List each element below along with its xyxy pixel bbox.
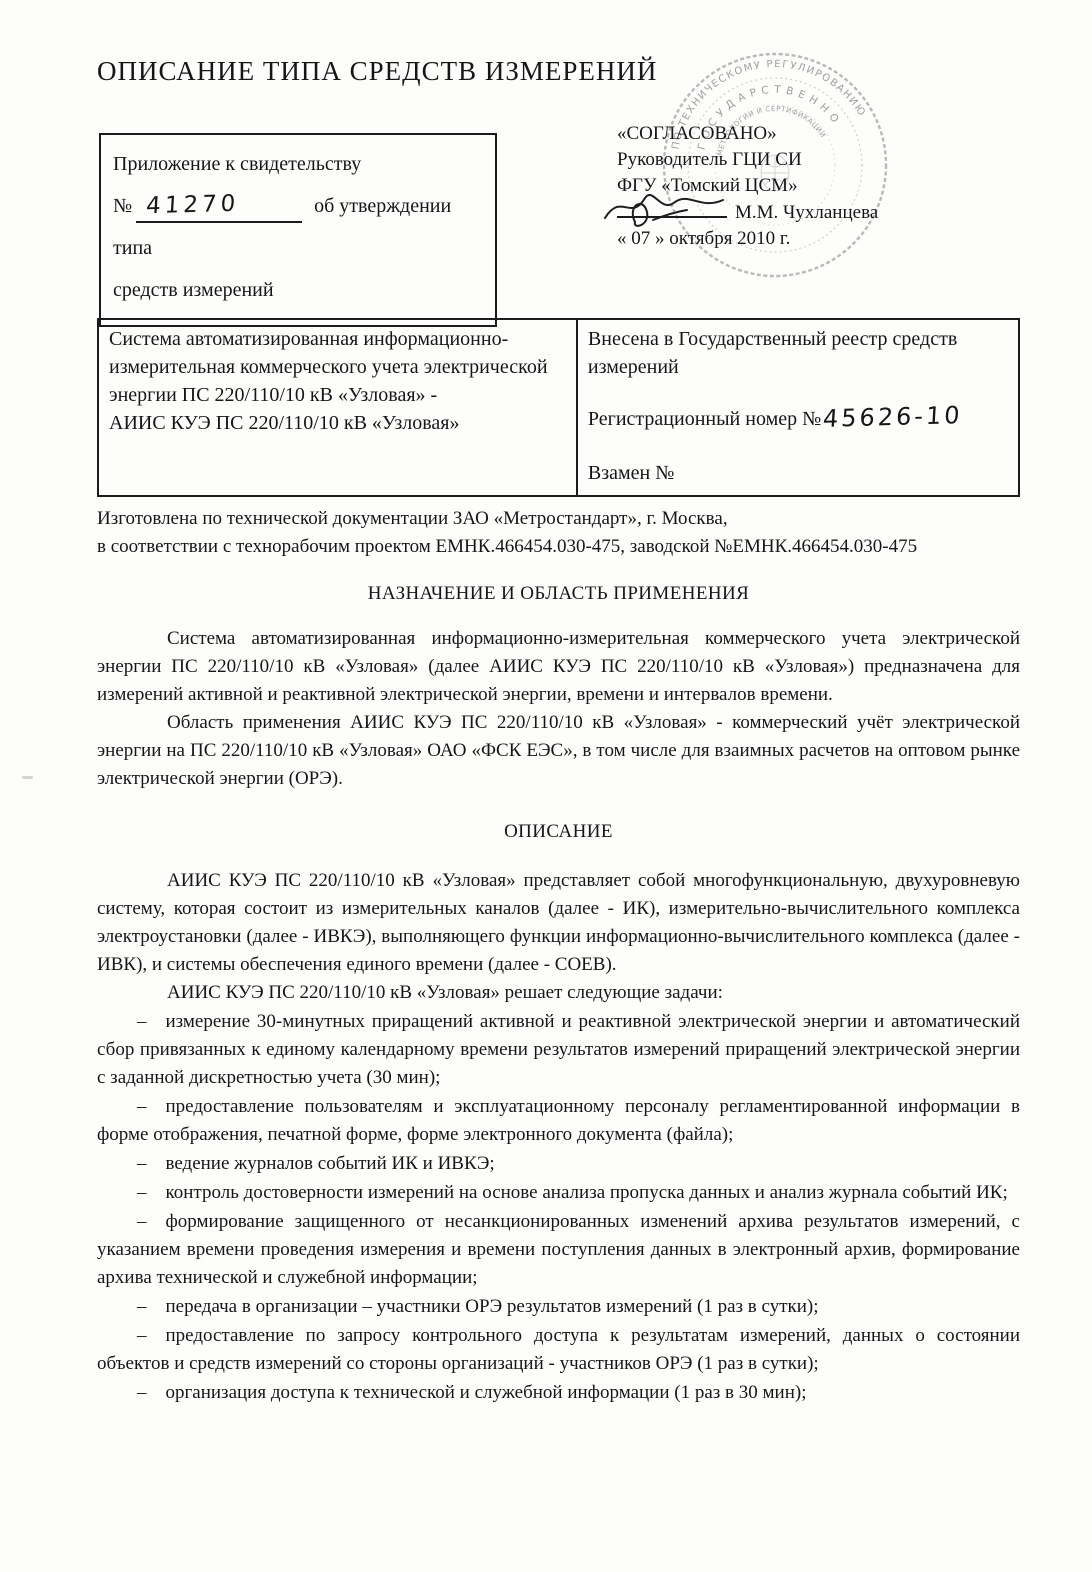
certificate-number-value: 41270 <box>145 189 240 221</box>
registration-number-row: Регистрационный номер №45626-10 <box>588 403 1008 433</box>
description-paragraph-1: АИИС КУЭ ПС 220/110/10 кВ «Узловая» пред… <box>97 867 1020 979</box>
registry-cell: Внесена в Государственный реестр средств… <box>577 319 1019 496</box>
approval-position-1: Руководитель ГЦИ СИ <box>617 147 987 173</box>
section-heading-description: ОПИСАНИЕ <box>97 821 1020 843</box>
task-item: – предоставление по запросу контрольного… <box>97 1322 1020 1378</box>
header-area: Приложение к свидетельству №41270об утве… <box>97 87 1020 318</box>
task-item: – организация доступа к технической и сл… <box>97 1379 1020 1407</box>
manufacture-note: Изготовлена по технической документации … <box>97 505 1020 561</box>
annex-box: Приложение к свидетельству №41270об утве… <box>99 133 497 327</box>
description-intro: АИИС КУЭ ПС 220/110/10 кВ «Узловая» реша… <box>97 979 1020 1007</box>
document-page: ОПИСАНИЕ ТИПА СРЕДСТВ ИЗМЕРЕНИЙ Приложен… <box>0 0 1092 1572</box>
approval-agreed: «СОГЛАСОВАНО» <box>617 121 987 147</box>
approval-block: «СОГЛАСОВАНО» Руководитель ГЦИ СИ ФГУ «Т… <box>617 121 987 252</box>
approval-signer-name: М.М. Чухланцева <box>735 202 878 223</box>
scan-artifact <box>22 776 33 779</box>
task-item: – контроль достоверности измерений на ос… <box>97 1179 1020 1207</box>
type-name-cell: Система автоматизированная информационно… <box>98 319 577 496</box>
registry-table: Система автоматизированная информационно… <box>97 318 1020 497</box>
task-item: – измерение 30-минутных приращений актив… <box>97 1008 1020 1092</box>
purpose-paragraph-1: Система автоматизированная информационно… <box>97 625 1020 709</box>
task-item: – передача в организации – участники ОРЭ… <box>97 1293 1020 1321</box>
replaces-label: Взамен № <box>588 459 1008 487</box>
task-item: – ведение журналов событий ИК и ИВКЭ; <box>97 1150 1020 1178</box>
registration-number-value: 45626-10 <box>822 401 963 433</box>
numero-sign: № <box>113 195 132 217</box>
task-item: – предоставление пользователям и эксплуа… <box>97 1093 1020 1149</box>
certificate-number-underline: 41270 <box>136 190 302 223</box>
registry-table-row: Система автоматизированная информационно… <box>98 319 1019 496</box>
task-item: – формирование защищенного от несанкцион… <box>97 1208 1020 1292</box>
annex-line-3: средств измерений <box>113 269 481 311</box>
purpose-paragraph-2: Область применения АИИС КУЭ ПС 220/110/1… <box>97 709 1020 793</box>
signature-row: М.М. Чухланцева <box>617 199 987 226</box>
annex-number-line: №41270об утверждении типа <box>113 185 481 269</box>
annex-line-1: Приложение к свидетельству <box>113 143 481 185</box>
signature-mark <box>601 182 727 230</box>
registry-entry-line: Внесена в Государственный реестр средств… <box>588 325 1008 381</box>
section-heading-purpose: НАЗНАЧЕНИЕ И ОБЛАСТЬ ПРИМЕНЕНИЯ <box>97 583 1020 605</box>
registration-number-label: Регистрационный номер № <box>588 408 821 430</box>
